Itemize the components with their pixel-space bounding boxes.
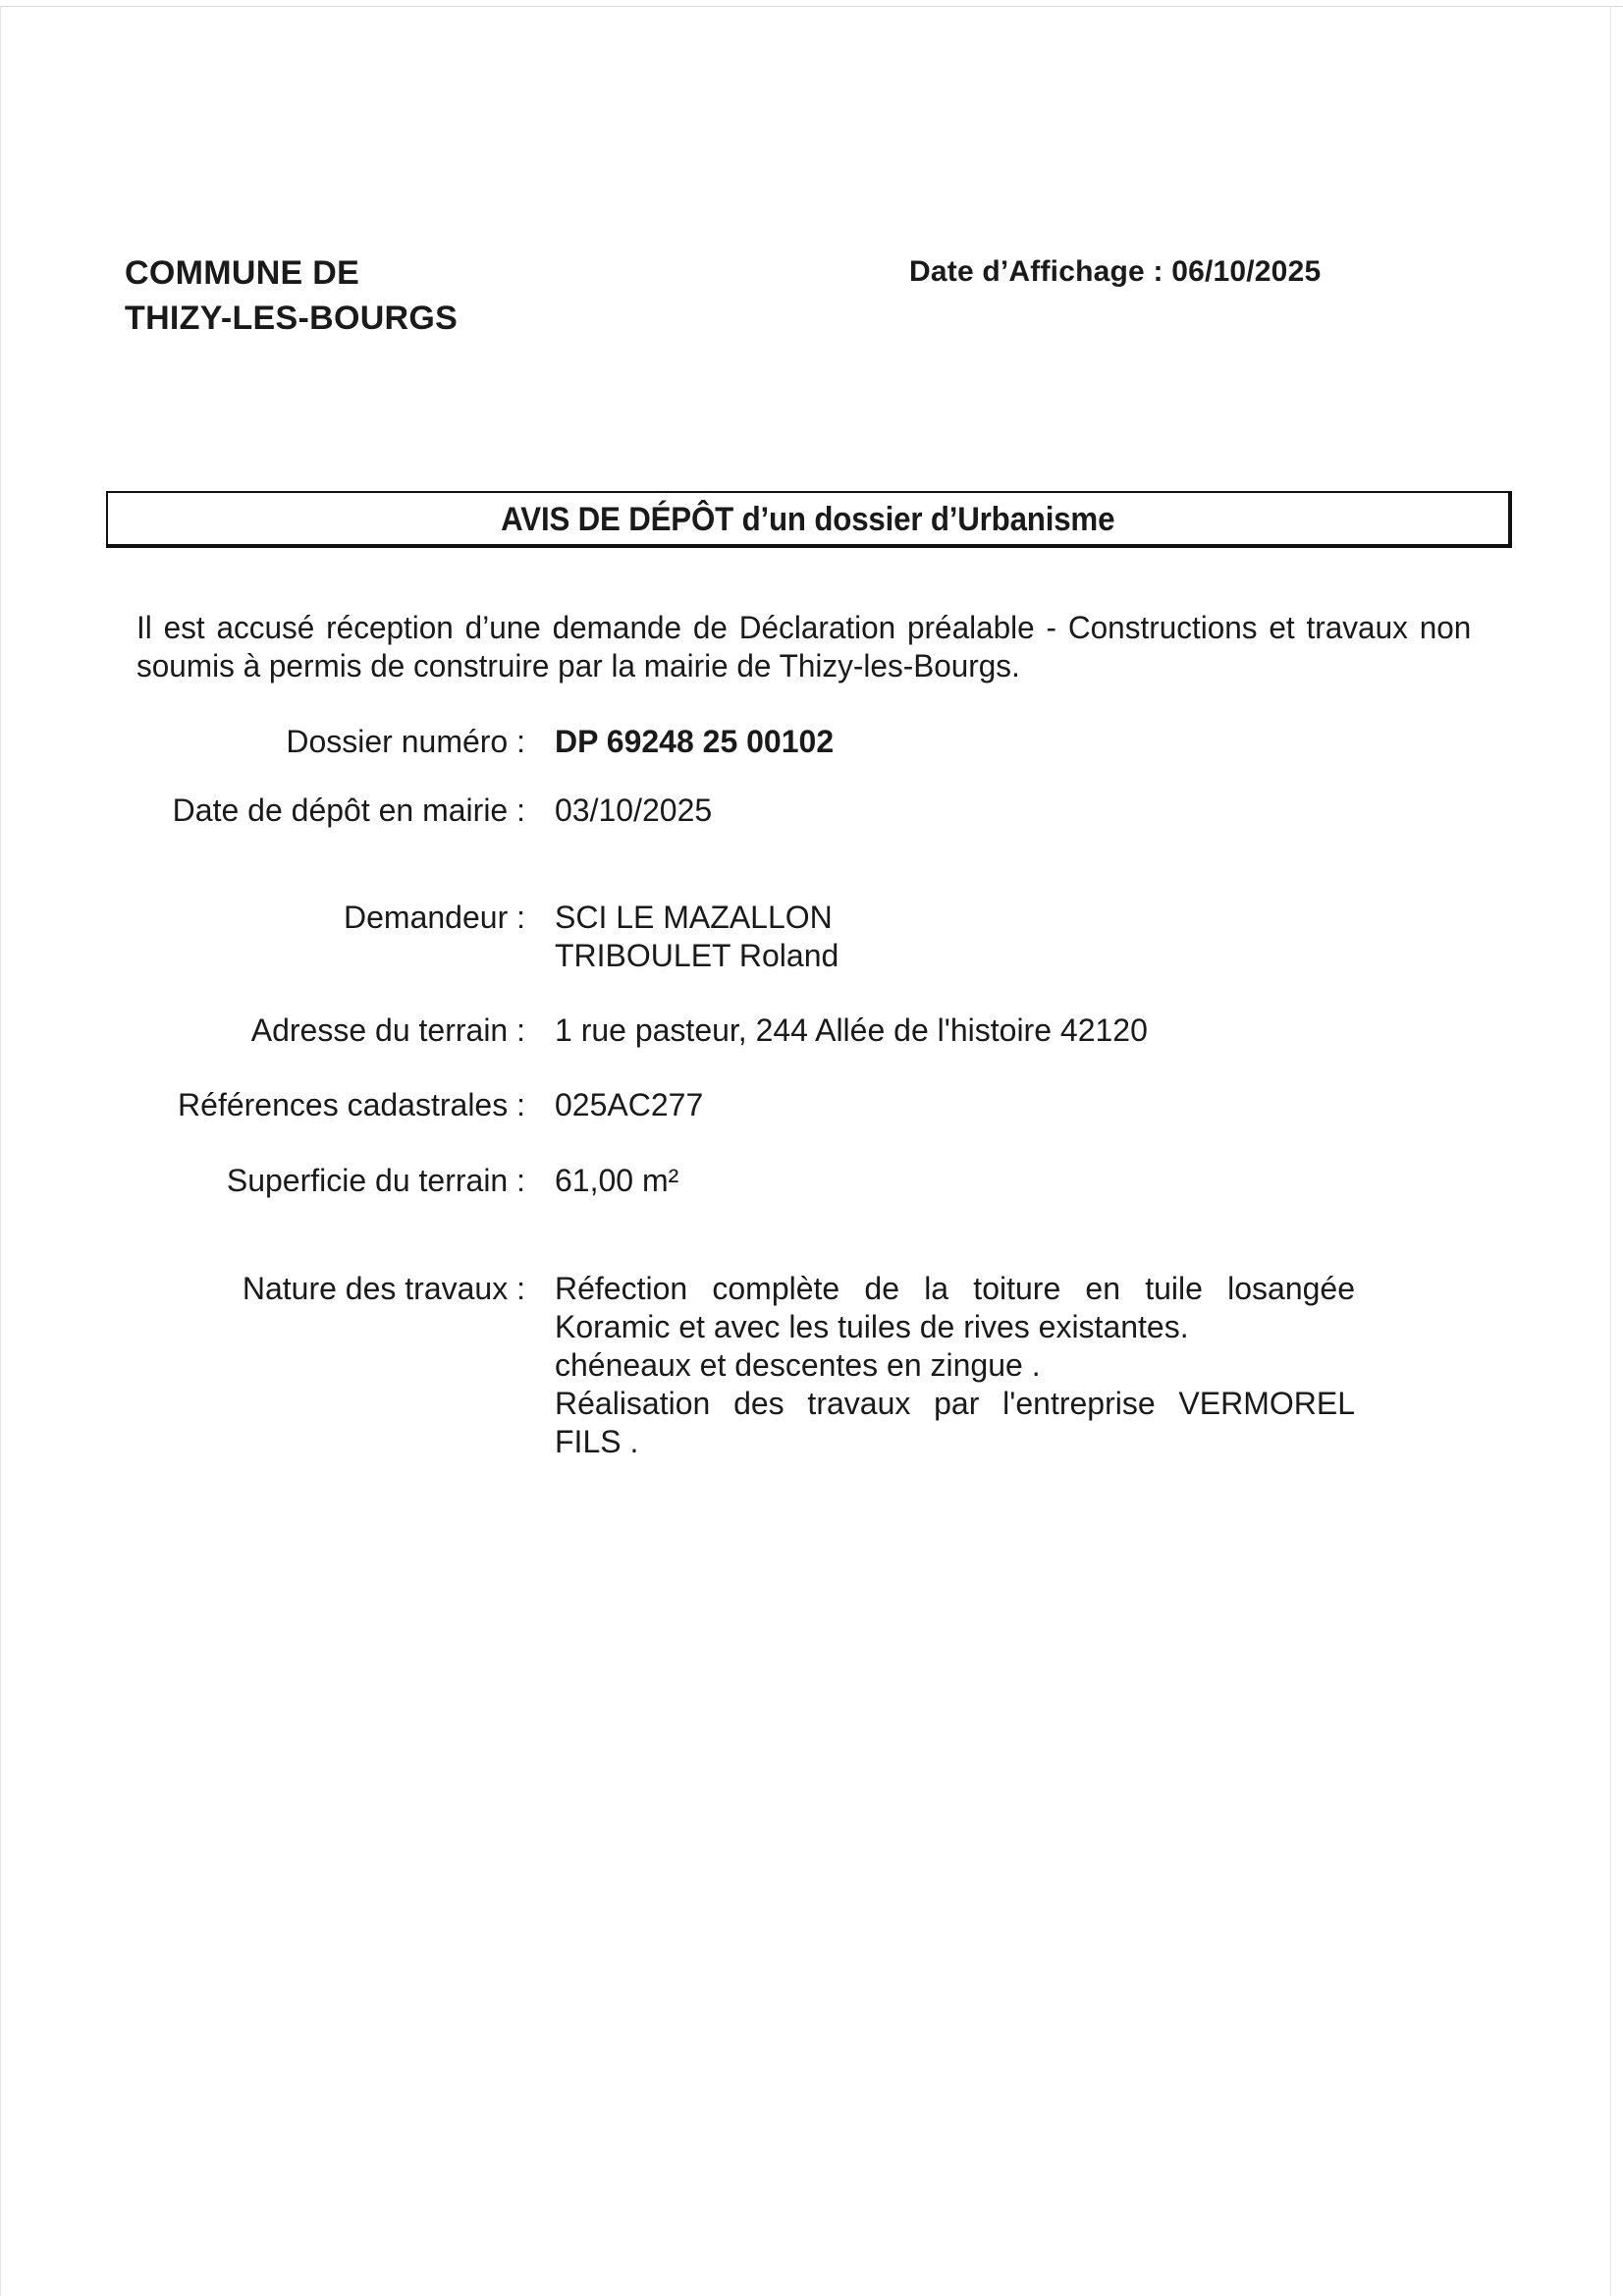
- nature-line-1: Réfection complète de la toiture en tuil…: [555, 1270, 1355, 1308]
- document-title: AVIS DE DÉPÔT d’un dossier d’Urbanisme: [501, 501, 1114, 539]
- nature-label: Nature des travaux :: [243, 1270, 525, 1307]
- nature-line-4: Réalisation des travaux par l'entreprise…: [555, 1385, 1355, 1423]
- cadastre-value: 025AC277: [555, 1086, 703, 1123]
- demandeur-value-1: SCI LE MAZALLON: [555, 899, 833, 936]
- cadastre-label: Références cadastrales :: [178, 1086, 525, 1123]
- date-depot-label: Date de dépôt en mairie :: [173, 792, 525, 829]
- intro-paragraph: Il est accusé réception d’une demande de…: [136, 609, 1471, 685]
- dossier-value: DP 69248 25 00102: [555, 723, 834, 760]
- dossier-label: Dossier numéro :: [286, 723, 525, 760]
- commune-line-1: COMMUNE DE: [125, 250, 458, 296]
- date-affichage: Date d’Affichage : 06/10/2025: [909, 255, 1321, 289]
- document-title-box: AVIS DE DÉPÔT d’un dossier d’Urbanisme: [106, 491, 1512, 548]
- adresse-label: Adresse du terrain :: [251, 1011, 525, 1049]
- nature-line-5: FILS .: [555, 1423, 1355, 1461]
- scan-border-left: [0, 6, 1, 2296]
- nature-line-3: chéneaux et descentes en zingue .: [555, 1346, 1355, 1385]
- demandeur-value-2: TRIBOULET Roland: [555, 937, 839, 974]
- nature-line-2: Koramic et avec les tuiles de rives exis…: [555, 1308, 1355, 1346]
- scan-border-top: [0, 6, 1623, 7]
- commune-heading: COMMUNE DE THIZY-LES-BOURGS: [125, 250, 458, 341]
- superficie-label: Superficie du terrain :: [227, 1162, 525, 1199]
- commune-line-2: THIZY-LES-BOURGS: [125, 296, 458, 341]
- date-depot-value: 03/10/2025: [555, 792, 712, 829]
- adresse-value: 1 rue pasteur, 244 Allée de l'histoire 4…: [555, 1011, 1148, 1049]
- nature-value: Réfection complète de la toiture en tuil…: [555, 1270, 1355, 1461]
- affichage-date: 06/10/2025: [1171, 255, 1321, 288]
- demandeur-label: Demandeur :: [344, 899, 525, 936]
- scan-border-right: [1610, 6, 1611, 2296]
- affichage-label: Date d’Affichage :: [909, 255, 1163, 288]
- superficie-value: 61,00 m²: [555, 1162, 678, 1199]
